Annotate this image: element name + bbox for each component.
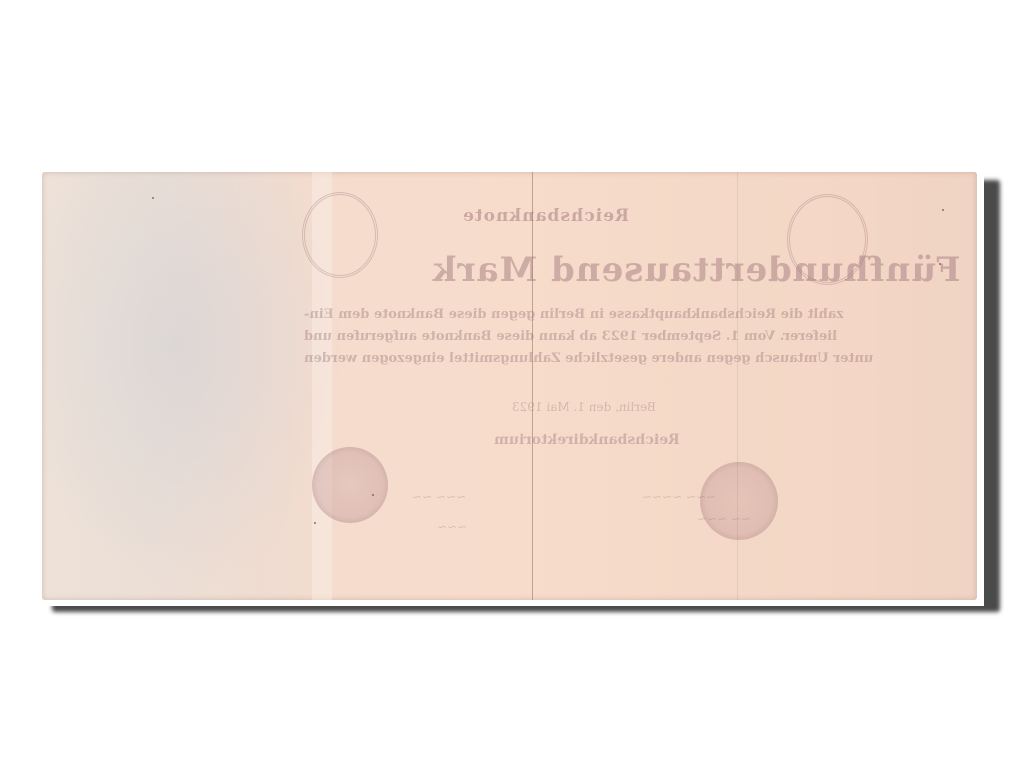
paper-tint-left (42, 172, 342, 600)
banknote-reverse: Reichsbanknote Fünfhunderttausend Mark z… (42, 172, 977, 600)
paper-speck (939, 263, 941, 265)
paper-speck (314, 522, 316, 524)
bleed-title-small: Reichsbanknote (462, 206, 629, 226)
seal-right-icon (700, 462, 778, 540)
bleed-signature: ~~~ (437, 520, 467, 534)
ornament-left-icon (302, 192, 378, 278)
paper-speck (152, 197, 154, 199)
bleed-date: Berlin, den 1. Mai 1923 (512, 400, 656, 414)
paper-speck (942, 209, 944, 211)
bleed-body-line: unter Umtausch gegen andere gesetzliche … (304, 351, 873, 366)
paper-speck (372, 494, 374, 496)
fold-crease (532, 172, 533, 600)
bleed-body-line: zahlt die Reichsbankhauptkasse in Berlin… (304, 307, 844, 322)
bleed-body-line: lieferer. Vom 1. September 1923 ab kann … (304, 329, 837, 344)
seal-left-icon (312, 447, 388, 523)
bleed-issuer: Reichsbankdirektorium (494, 432, 680, 448)
bleed-signature: ~~~ ~~ (412, 490, 466, 504)
bleed-title-large: Fünfhunderttausend Mark (432, 250, 960, 290)
